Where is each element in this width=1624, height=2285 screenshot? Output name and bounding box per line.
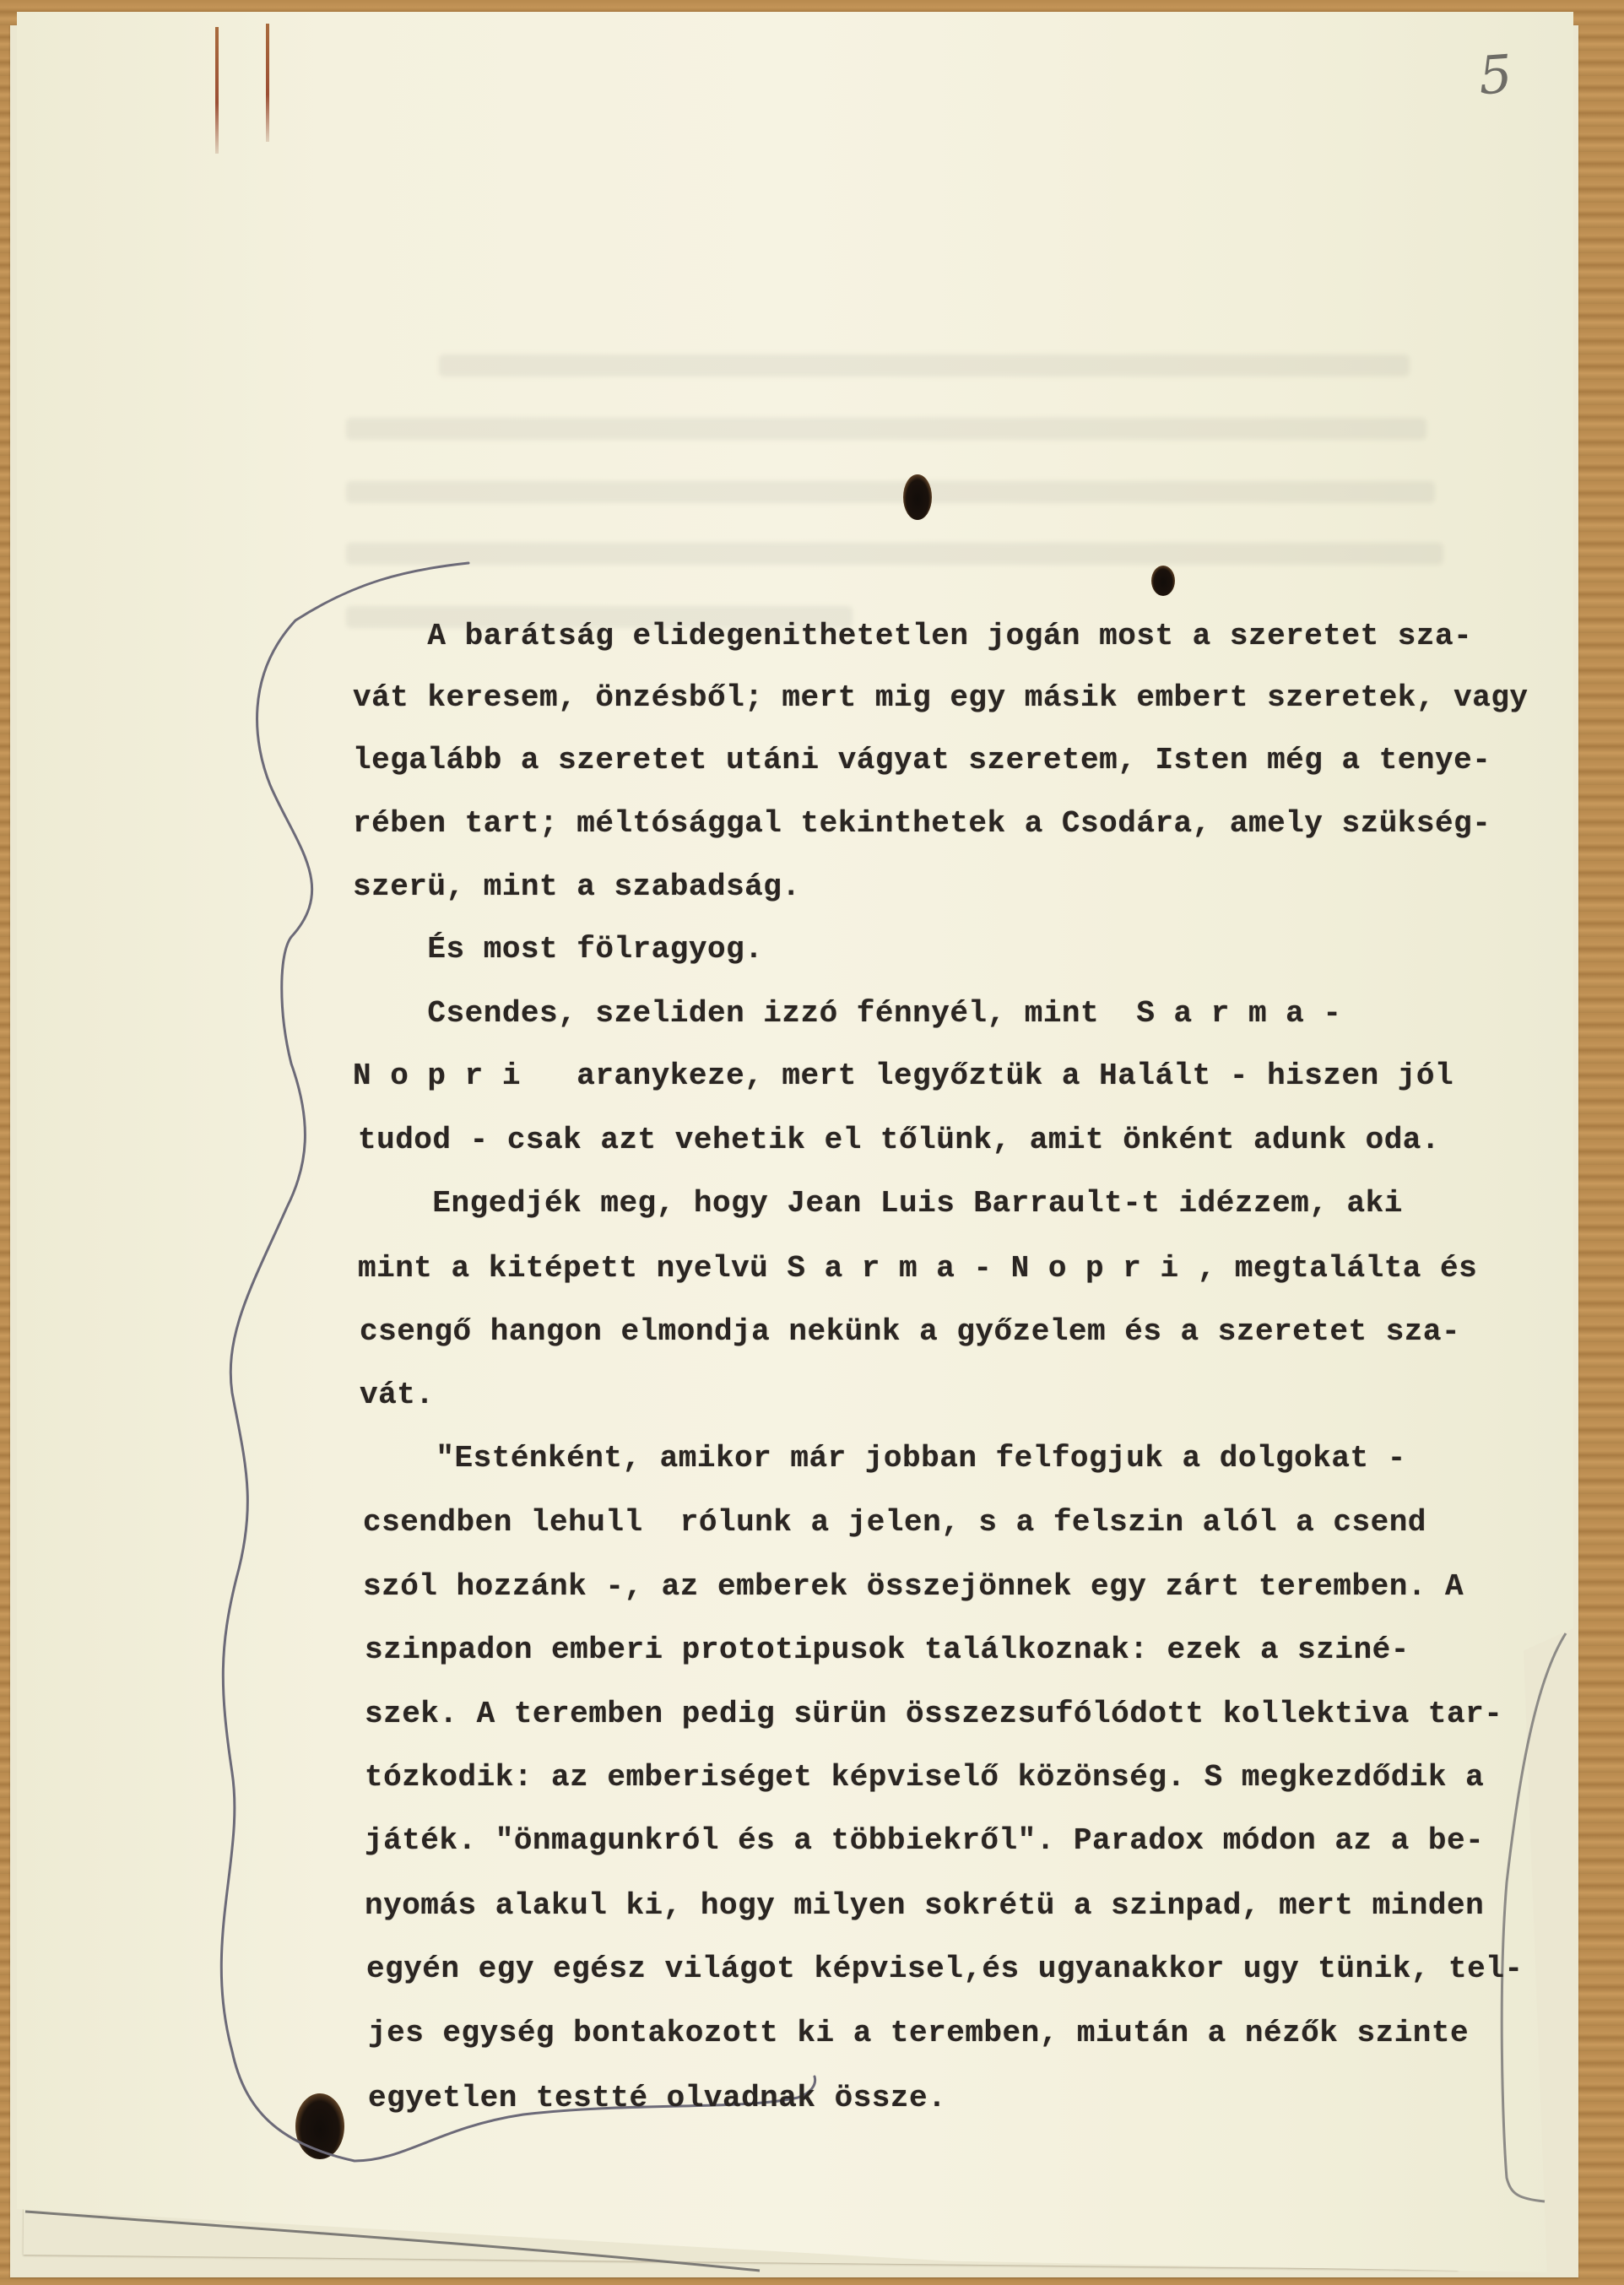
red-margin-mark xyxy=(215,27,219,154)
bleed-through-text xyxy=(346,418,1426,440)
bleed-through-text xyxy=(346,543,1443,565)
text-line: tudod - csak azt vehetik el tőlünk, amit… xyxy=(358,1123,1440,1157)
text-line: N o p r i aranykeze, mert legyőztük a Ha… xyxy=(353,1059,1453,1093)
text-line: szinpadon emberi prototipusok találkozna… xyxy=(365,1633,1410,1667)
text-line: szek. A teremben pedig sürün összezsufól… xyxy=(365,1697,1502,1731)
text-line: nyomás alakul ki, hogy milyen sokrétü a … xyxy=(365,1888,1484,1923)
text-line: szerü, mint a szabadság. xyxy=(353,869,800,904)
red-margin-mark xyxy=(266,24,269,142)
handwritten-page-number: 5 xyxy=(1477,43,1514,107)
text-line: A barátság elidegenithetetlen jogán most… xyxy=(353,619,1472,653)
text-line: legalább a szeretet utáni vágyat szerete… xyxy=(353,743,1491,777)
text-line: szól hozzánk -, az emberek összejönnek e… xyxy=(363,1569,1464,1604)
text-line: "Esténként, amikor már jobban felfogjuk … xyxy=(361,1441,1406,1476)
text-line: Engedjék meg, hogy Jean Luis Barrault-t … xyxy=(358,1186,1403,1221)
text-line: tózkodik: az emberiséget képviselő közön… xyxy=(365,1760,1484,1795)
text-line: jes egység bontakozott ki a teremben, mi… xyxy=(368,2016,1469,2050)
text-line: És most fölragyog. xyxy=(353,932,763,967)
burn-hole xyxy=(903,474,932,520)
text-line: játék. "önmagunkról és a többiekről". Pa… xyxy=(365,1823,1484,1858)
text-line: csendben lehull rólunk a jelen, s a fels… xyxy=(363,1505,1426,1540)
text-line: rében tart; méltósággal tekinthetek a Cs… xyxy=(353,806,1491,841)
bleed-through-text xyxy=(346,481,1435,503)
burn-hole xyxy=(1151,566,1175,596)
burn-hole xyxy=(295,2093,344,2159)
text-line: egyén egy egész világot képvisel,és ugya… xyxy=(366,1952,1523,1986)
bleed-through-text xyxy=(439,355,1410,376)
text-line: vát. xyxy=(360,1378,434,1412)
text-line: mint a kitépett nyelvü S a r m a - N o p… xyxy=(358,1251,1477,1286)
text-line: csengő hangon elmondja nekünk a győzelem… xyxy=(360,1314,1460,1349)
text-line: Csendes, szeliden izzó fénnyél, mint S a… xyxy=(353,996,1342,1031)
text-line: egyetlen testté olvadnak össze. xyxy=(368,2081,946,2115)
text-line: vát keresem, önzésből; mert mig egy mási… xyxy=(353,680,1529,715)
